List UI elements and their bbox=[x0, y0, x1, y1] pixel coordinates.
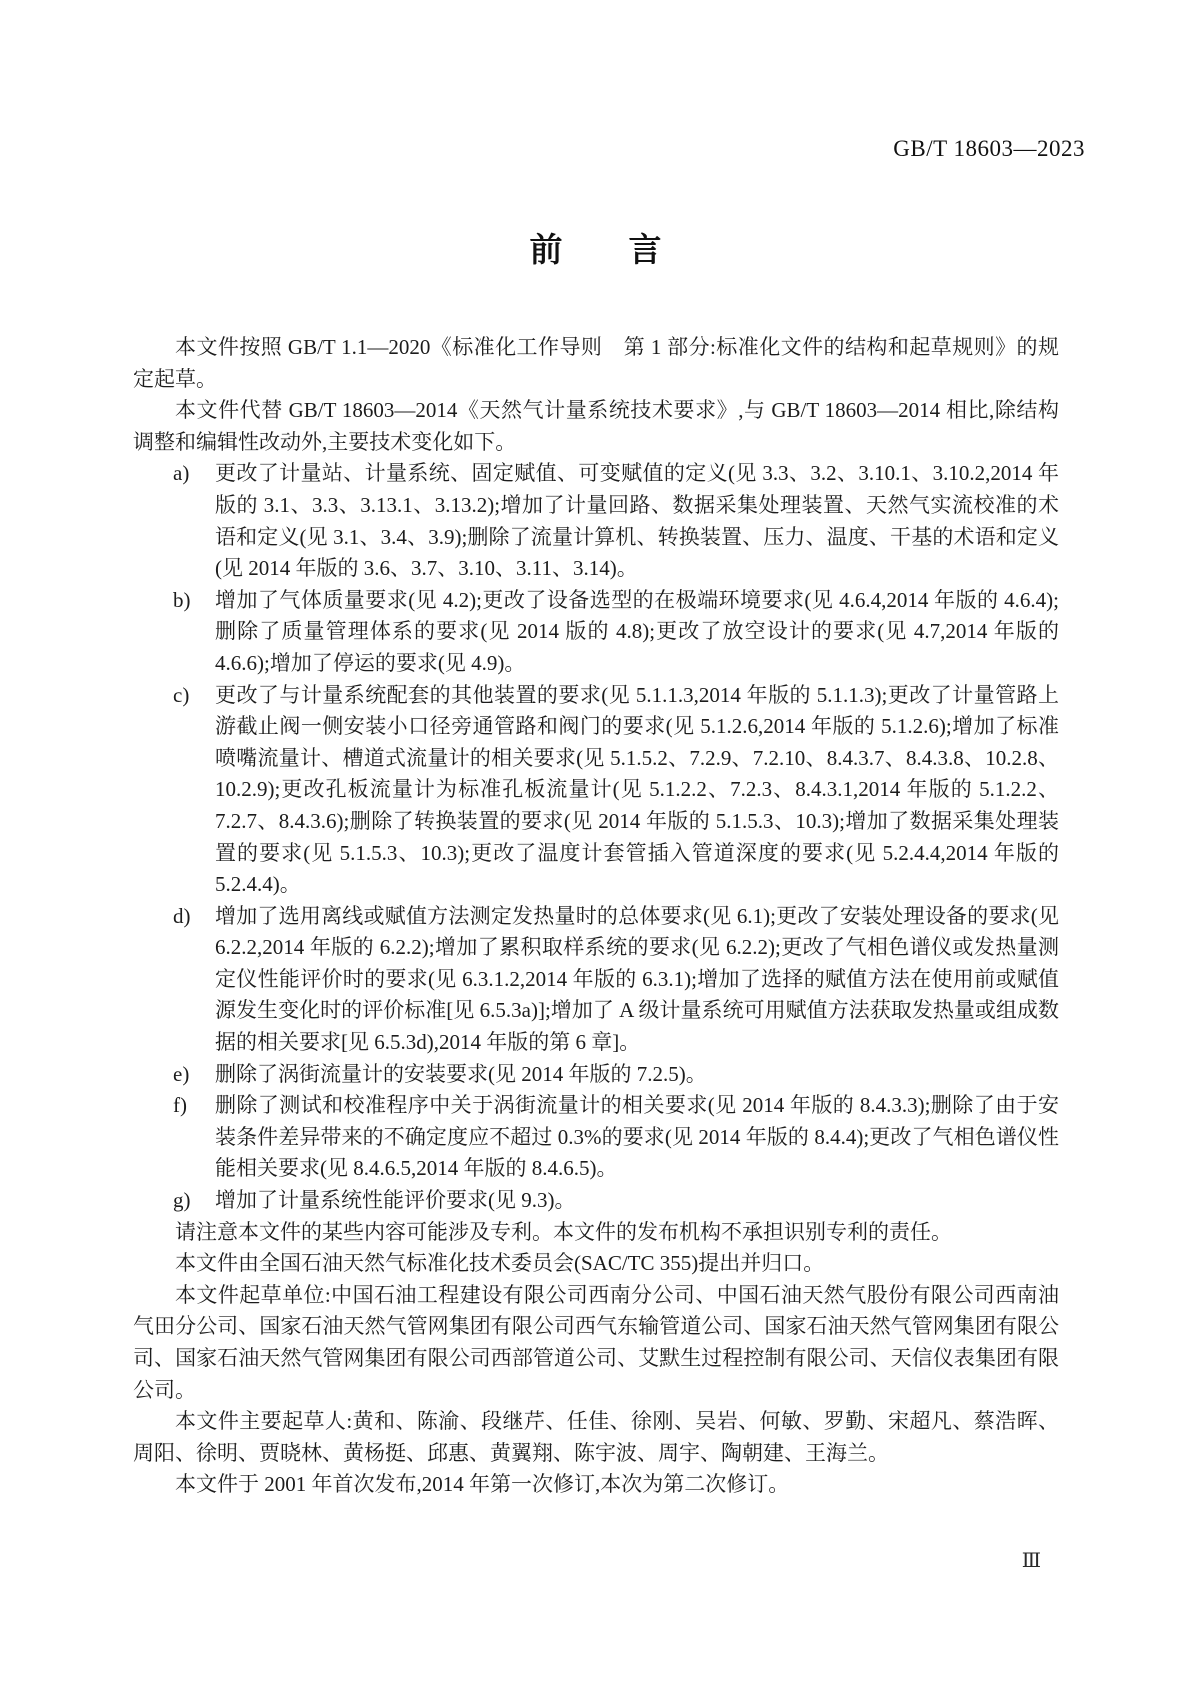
committee-paragraph: 本文件由全国石油天然气标准化技术委员会(SAC/TC 355)提出并归口。 bbox=[133, 1248, 1059, 1280]
intro-paragraph: 本文件按照 GB/T 1.1—2020《标准化工作导则 第 1 部分:标准化文件… bbox=[133, 332, 1059, 395]
change-text: 增加了气体质量要求(见 4.2);更改了设备选型的在极端环境要求(见 4.6.4… bbox=[215, 588, 1059, 675]
page-number: Ⅲ bbox=[1022, 1548, 1041, 1573]
list-marker: d) bbox=[173, 901, 191, 933]
change-text: 更改了与计量系统配套的其他装置的要求(见 5.1.1.3,2014 年版的 5.… bbox=[215, 683, 1059, 897]
change-item-c: c) 更改了与计量系统配套的其他装置的要求(见 5.1.1.3,2014 年版的… bbox=[133, 680, 1059, 901]
revision-history-paragraph: 本文件于 2001 年首次发布,2014 年第一次修订,本次为第二次修订。 bbox=[133, 1469, 1059, 1501]
change-text: 删除了涡街流量计的安装要求(见 2014 年版的 7.2.5)。 bbox=[215, 1062, 707, 1086]
document-page: GB/T 18603—2023 前 言 本文件按照 GB/T 1.1—2020《… bbox=[0, 0, 1191, 1685]
change-text: 删除了测试和校准程序中关于涡街流量计的相关要求(见 2014 年版的 8.4.3… bbox=[215, 1093, 1059, 1180]
change-item-b: b) 增加了气体质量要求(见 4.2);更改了设备选型的在极端环境要求(见 4.… bbox=[133, 585, 1059, 680]
drafting-organizations-paragraph: 本文件起草单位:中国石油工程建设有限公司西南分公司、中国石油天然气股份有限公司西… bbox=[133, 1280, 1059, 1406]
change-list: a) 更改了计量站、计量系统、固定赋值、可变赋值的定义(见 3.3、3.2、3.… bbox=[133, 458, 1059, 1216]
standard-code: GB/T 18603—2023 bbox=[893, 136, 1085, 162]
change-item-f: f) 删除了测试和校准程序中关于涡街流量计的相关要求(见 2014 年版的 8.… bbox=[133, 1090, 1059, 1185]
intro-paragraph: 本文件代替 GB/T 18603—2014《天然气计量系统技术要求》,与 GB/… bbox=[133, 395, 1059, 458]
foreword-body: 本文件按照 GB/T 1.1—2020《标准化工作导则 第 1 部分:标准化文件… bbox=[133, 332, 1059, 1501]
page-title: 前 言 bbox=[0, 224, 1191, 271]
change-item-g: g) 增加了计量系统性能评价要求(见 9.3)。 bbox=[133, 1185, 1059, 1217]
change-text: 更改了计量站、计量系统、固定赋值、可变赋值的定义(见 3.3、3.2、3.10.… bbox=[215, 461, 1059, 580]
list-marker: a) bbox=[173, 458, 189, 490]
change-item-a: a) 更改了计量站、计量系统、固定赋值、可变赋值的定义(见 3.3、3.2、3.… bbox=[133, 458, 1059, 584]
list-marker: b) bbox=[173, 585, 191, 617]
drafters-paragraph: 本文件主要起草人:黄和、陈渝、段继芹、任佳、徐刚、吴岩、何敏、罗勤、宋超凡、蔡浩… bbox=[133, 1406, 1059, 1469]
patent-notice-paragraph: 请注意本文件的某些内容可能涉及专利。本文件的发布机构不承担识别专利的责任。 bbox=[133, 1217, 1059, 1249]
list-marker: g) bbox=[173, 1185, 191, 1217]
change-item-e: e) 删除了涡街流量计的安装要求(见 2014 年版的 7.2.5)。 bbox=[133, 1059, 1059, 1091]
change-text: 增加了计量系统性能评价要求(见 9.3)。 bbox=[215, 1188, 576, 1212]
list-marker: c) bbox=[173, 680, 189, 712]
change-text: 增加了选用离线或赋值方法测定发热量时的总体要求(见 6.1);更改了安装处理设备… bbox=[215, 904, 1059, 1054]
list-marker: e) bbox=[173, 1059, 189, 1091]
list-marker: f) bbox=[173, 1090, 187, 1122]
change-item-d: d) 增加了选用离线或赋值方法测定发热量时的总体要求(见 6.1);更改了安装处… bbox=[133, 901, 1059, 1059]
